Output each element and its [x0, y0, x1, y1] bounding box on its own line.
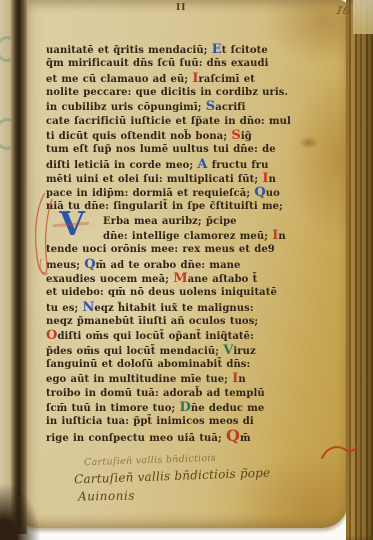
text-segment: fructu fru — [208, 160, 269, 171]
manuscript-text-line: diſti leticiā in corde meo; A fructu fru — [46, 158, 342, 172]
manuscript-text-line: in cubilibz uris cōpungimī; Sacrifi — [46, 100, 342, 114]
manuscript-text-line: p̃des om̄s qui locūt̃ mendaciū; Viruz — [46, 344, 342, 358]
manuscript-text-line: uanitatē et q̃ritis mendaciū; Et ſcitote — [46, 43, 342, 57]
rubricated-initial: M — [173, 271, 188, 286]
ownership-inscription-place: Auinonis — [78, 489, 135, 504]
text-segment: et me cū clamauo ad eū; — [46, 74, 192, 85]
rubricated-initial: A — [197, 157, 207, 172]
text-segment: ego aūt in multitudine mīe tue; — [46, 374, 232, 385]
text-segment: Erba mea auribz; p̃cipe — [103, 216, 237, 227]
text-segment: rige in conſpectu meo uiā tuā; — [46, 433, 226, 444]
text-segment: ig̃ — [241, 131, 252, 142]
text-segment: uanitatē et q̃ritis mendaciū; — [46, 45, 212, 56]
text-segment: m̄ — [240, 433, 251, 444]
manuscript-text-line: q̃m mirificauit dn̄s ſcū ſuū: dn̄s exaud… — [46, 57, 342, 71]
text-segment: tum eſt ſup̃ nos lumē uultus tui dn̄e: d… — [46, 144, 276, 155]
text-segment: n — [269, 174, 276, 185]
manuscript-text-line: tende uoci orōnis mee: rex meus et de9 — [46, 243, 342, 257]
text-segment: et uidebo: qm̄ nō deus uolens iniquitatē — [46, 287, 277, 298]
text-segment: mēti uini et olei ſui: multiplicati ſūt; — [46, 174, 262, 185]
text-segment: diſti om̄s qui locūt̃ op̃ant̃ iniq̃tatē: — [57, 331, 253, 342]
text-segment: in cubilibz uris cōpungimī; — [46, 102, 206, 113]
rubricated-initial: Q — [254, 185, 265, 200]
text-segment: ſcm̄ tuū in timore tuo; — [46, 403, 179, 414]
manuscript-text-line: tu es; Neqz h̃itabit iux̃ te malignus: — [46, 301, 342, 315]
rubricated-initial: V — [223, 343, 233, 358]
rubricated-initial: D — [179, 400, 190, 415]
text-segment: ti dicūt quis oſtendit nob̃ bona; — [46, 131, 231, 142]
text-segment: iruz — [233, 346, 255, 357]
manuscript-text-line: exaudies uocem meā; Mane aſtabo t̃ — [46, 272, 342, 286]
text-segment: in iuſticia tua: p̃pt̃ inimicos meos di — [46, 416, 254, 427]
rubricated-initial: Q — [84, 257, 95, 272]
text-block: uanitatē et q̃ritis mendaciū; Et ſcitote… — [46, 43, 342, 444]
red-flourish-mark — [320, 443, 358, 463]
manuscript-text-line: et me cū clamauo ad eū; Iraſcimī et — [46, 72, 342, 86]
manuscript-text-line: tum eſt ſup̃ nos lumē uultus tui dn̄e: d… — [46, 143, 342, 157]
text-segment: pace in idip̄m: dormiā et requieſcā; — [46, 188, 254, 199]
text-segment: nolite peccare: que dicitis in cordibz u… — [46, 87, 288, 98]
manuscript-text-line: neqz p̃manebūt īiuſti añ oculos tuos; — [46, 315, 342, 329]
manuscript-text-line: troibo in domū tuā: adorab̃ ad templū — [46, 387, 342, 401]
text-segment: dn̄e: intellige clamorez meū; — [103, 231, 272, 242]
text-segment: n̄e deduc me — [191, 403, 265, 414]
text-segment: tu es; — [46, 303, 82, 314]
text-segment: t ſcitote — [222, 45, 268, 56]
rubricated-initial: S — [231, 128, 241, 143]
rubricated-initial: E — [212, 42, 222, 57]
text-segment: uo — [266, 188, 280, 199]
manuscript-text-line: in iuſticia tua: p̃pt̃ inimicos meos di — [46, 415, 342, 429]
text-segment: cate ſacrificiū iuſticie et ſp̃ate in dn… — [46, 116, 291, 127]
rubricated-initial: N — [82, 300, 94, 315]
manuscript-text-line: mēti uini et olei ſui: multiplicati ſūt;… — [46, 172, 342, 186]
manuscript-text-line: Odiſti om̄s qui locūt̃ op̃ant̃ iniq̃tatē… — [46, 329, 342, 343]
text-segment: tende uoci orōnis mee: rex meus et de9 — [46, 244, 275, 255]
text-segment: n — [238, 374, 245, 385]
manuscript-text-line: et uidebo: qm̄ nō deus uolens iniquitatē — [46, 286, 342, 300]
manuscript-text-line: nolite peccare: que dicitis in cordibz u… — [46, 86, 342, 100]
rubricated-initial: O — [46, 328, 57, 343]
binding-corner-shadow — [0, 484, 40, 540]
manuscript-text-line: ſcm̄ tuū in timore tuo; Dn̄e deduc me — [46, 401, 342, 415]
text-segment: ane aſtabo t̃ — [188, 274, 258, 285]
manuscript-text-line: meus; Qm̄ ad te orabo dn̄e: mane — [46, 258, 342, 272]
text-segment: acrifi — [215, 102, 245, 113]
red-pen-scribble — [31, 189, 57, 285]
text-segment: exaudies uocem meā; — [46, 274, 173, 285]
text-segment: eqz h̃itabit iux̃ te malignus: — [94, 303, 253, 314]
text-segment: neqz p̃manebūt īiuſti añ oculos tuos; — [46, 316, 258, 327]
manuscript-text-line: pace in idip̄m: dormiā et requieſcā; Quo — [46, 186, 342, 200]
text-segment: raſcimī et — [199, 74, 255, 85]
text-segment: m̄ ad te orabo dn̄e: mane — [96, 260, 241, 271]
text-segment: p̃des om̄s qui locūt̃ mendaciū; — [46, 346, 223, 357]
rubricated-initial: Q — [226, 426, 240, 445]
manuscript-text-line: cate ſacrificiū iuſticie et ſp̃ate in dn… — [46, 115, 342, 129]
binding-gutter — [11, 0, 27, 534]
text-segment: diſti leticiā in corde meo; — [46, 160, 197, 171]
manuscript-text-line: ego aūt in multitudine mīe tue; In — [46, 372, 342, 386]
book-fore-edge-top — [353, 0, 373, 34]
text-segment: troibo in domū tuā: adorab̃ ad templū — [46, 388, 265, 399]
manuscript-text-line: ti dicūt quis oſtendit nob̃ bona; Sig̃ — [46, 129, 342, 143]
text-segment: q̃m mirificauit dn̄s ſcū ſuū: dn̄s exaud… — [46, 58, 269, 69]
text-segment: ſanguinū et doloſū abominabit̃ dn̄s: — [46, 359, 250, 370]
manuscript-text-line: rige in conſpectu meo uiā tuā; Qm̄ — [46, 429, 342, 443]
manuscript-photo: II 10 uanitatē et q̃ritis mendaciū; Et ſ… — [0, 0, 373, 540]
rubricated-initial: S — [206, 99, 216, 114]
text-segment: n — [278, 231, 285, 242]
page-heading-numeral: II — [176, 3, 186, 13]
manuscript-text-line: ſanguinū et doloſū abominabit̃ dn̄s: — [46, 358, 342, 372]
